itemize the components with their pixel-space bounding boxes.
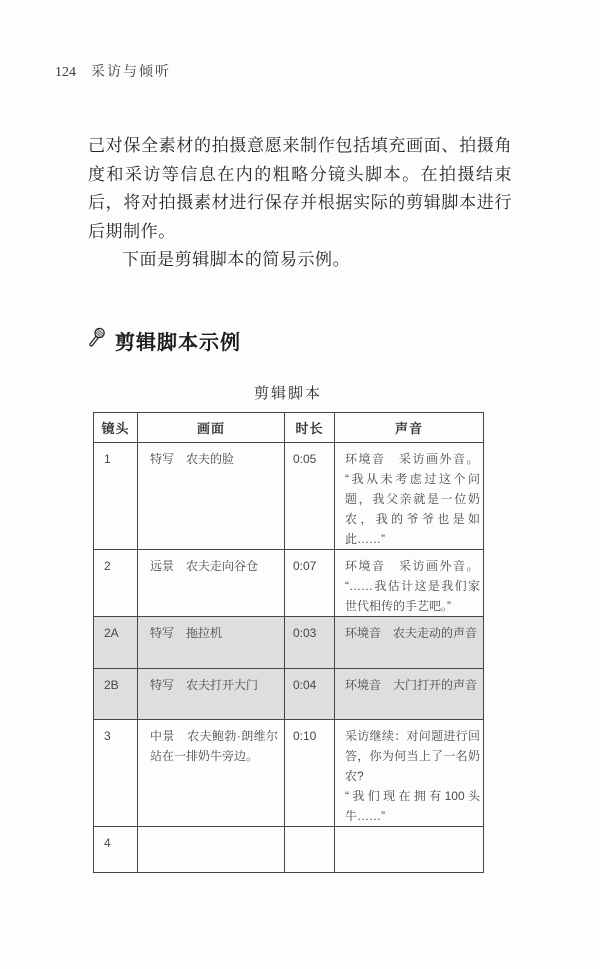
- shot-cell: 2B: [94, 669, 138, 720]
- picture-cell: 特写 农夫的脸: [138, 443, 285, 550]
- picture-cell: 远景 农夫走向谷仓: [138, 550, 285, 617]
- picture-cell: [138, 827, 285, 873]
- sound-cell: 环境音 采访画外音。 “……我估计这是我们家世代相传的手艺吧。”: [335, 550, 484, 617]
- sound-quote: “我们现在拥有100头牛……”: [345, 786, 480, 826]
- section-heading: 剪辑脚本示例: [87, 326, 241, 355]
- column-header-sound: 声音: [335, 413, 484, 443]
- sound-cell: 采访继续：对问题进行回答，你为何当上了一名奶农? “我们现在拥有100头牛……”: [335, 720, 484, 827]
- editing-script-table: 镜头 画面 时长 声音 1 特写 农夫的脸 0:05 环境音 采访画外音。 “我…: [93, 412, 484, 873]
- column-header-shot: 镜头: [94, 413, 138, 443]
- body-text: 己对保全素材的拍摄意愿来制作包括填充画面、拍摄角度和采访等信息在内的粗略分镜头脚…: [88, 132, 512, 275]
- microphone-icon: [87, 327, 106, 354]
- shot-cell: 3: [94, 720, 138, 827]
- shot-cell: 4: [94, 827, 138, 873]
- column-header-duration: 时长: [285, 413, 335, 443]
- sound-cell: [335, 827, 484, 873]
- shot-cell: 2: [94, 550, 138, 617]
- paragraph: 己对保全素材的拍摄意愿来制作包括填充画面、拍摄角度和采访等信息在内的粗略分镜头脚…: [88, 132, 512, 246]
- sound-description: 采访继续：对问题进行回答，你为何当上了一名奶农?: [345, 726, 480, 786]
- duration-cell: 0:03: [285, 617, 335, 669]
- duration-cell: [285, 827, 335, 873]
- picture-cell: 特写 农夫打开大门: [138, 669, 285, 720]
- sound-description: 环境音 农夫走动的声音: [345, 623, 480, 643]
- sound-quote: “……我估计这是我们家世代相传的手艺吧。”: [345, 576, 480, 616]
- duration-cell: 0:10: [285, 720, 335, 827]
- table-row: 1 特写 农夫的脸 0:05 环境音 采访画外音。 “我从未考虑过这个问题，我父…: [94, 443, 484, 550]
- sound-cell: 环境音 农夫走动的声音: [335, 617, 484, 669]
- column-header-picture: 画面: [138, 413, 285, 443]
- table-title: 剪辑脚本: [93, 382, 483, 403]
- sound-cell: 环境音 大门打开的声音: [335, 669, 484, 720]
- picture-cell: 特写 拖拉机: [138, 617, 285, 669]
- duration-cell: 0:07: [285, 550, 335, 617]
- table-row: 2A 特写 拖拉机 0:03 环境音 农夫走动的声音: [94, 617, 484, 669]
- duration-cell: 0:04: [285, 669, 335, 720]
- book-title: 采访与倾听: [91, 61, 171, 81]
- table-row: 2 远景 农夫走向谷仓 0:07 环境音 采访画外音。 “……我估计这是我们家世…: [94, 550, 484, 617]
- sound-quote: “我从未考虑过这个问题，我父亲就是一位奶农，我的爷爷也是如此……”: [345, 469, 480, 549]
- book-page: 124 采访与倾听 己对保全素材的拍摄意愿来制作包括填充画面、拍摄角度和采访等信…: [0, 0, 600, 969]
- shot-cell: 1: [94, 443, 138, 550]
- sound-description: 环境音 大门打开的声音: [345, 675, 480, 695]
- table-row: 2B 特写 农夫打开大门 0:04 环境音 大门打开的声音: [94, 669, 484, 720]
- running-header: 124 采访与倾听: [55, 61, 171, 81]
- paragraph: 下面是剪辑脚本的简易示例。: [88, 246, 512, 275]
- duration-cell: 0:05: [285, 443, 335, 550]
- table-row: 3 中景 农夫鲍勃·朗维尔站在一排奶牛旁边。 0:10 采访继续：对问题进行回答…: [94, 720, 484, 827]
- page-number: 124: [55, 65, 76, 81]
- section-title: 剪辑脚本示例: [115, 326, 241, 355]
- table-row: 4: [94, 827, 484, 873]
- sound-cell: 环境音 采访画外音。 “我从未考虑过这个问题，我父亲就是一位奶农，我的爷爷也是如…: [335, 443, 484, 550]
- sound-description: 环境音 采访画外音。: [345, 556, 480, 576]
- table-header-row: 镜头 画面 时长 声音: [94, 413, 484, 443]
- sound-description: 环境音 采访画外音。: [345, 449, 480, 469]
- picture-cell: 中景 农夫鲍勃·朗维尔站在一排奶牛旁边。: [138, 720, 285, 827]
- shot-cell: 2A: [94, 617, 138, 669]
